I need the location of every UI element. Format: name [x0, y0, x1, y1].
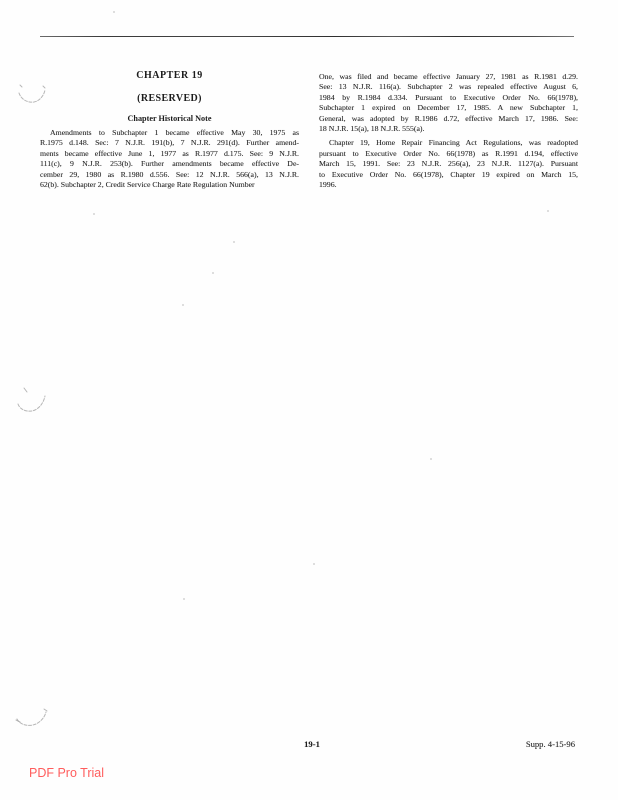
chapter-heading: CHAPTER 19 — [40, 70, 299, 81]
text-line: 62(b). Subchapter 2, Credit Service Char… — [40, 180, 299, 190]
reserved-heading: (RESERVED) — [40, 93, 299, 104]
text-line: 1984 by R.1984 d.334. Pursuant to Execut… — [319, 93, 578, 103]
text-line: pursuant to Executive Order No. 66(1978)… — [319, 149, 578, 159]
text-line: See: 13 N.J.R. 116(a). Subchapter 2 was … — [319, 82, 578, 92]
scanned-document-page: CHAPTER 19 (RESERVED) Chapter Historical… — [0, 0, 618, 800]
scan-speck — [93, 213, 95, 215]
text-line: to Executive Order No. 66(1978), Chapter… — [319, 170, 578, 180]
text-line: Amendments to Subchapter 1 became effect… — [40, 128, 299, 138]
scan-speck — [212, 272, 214, 274]
text-line: 1996. — [319, 180, 578, 190]
text-line: March 15, 1991. See: 23 N.J.R. 256(a), 2… — [319, 159, 578, 169]
scan-speck — [182, 304, 184, 306]
text-line: cember 29, 1980 as R.1980 d.556. See: 12… — [40, 170, 299, 180]
text-line: One, was filed and became effective Janu… — [319, 72, 578, 82]
scan-speck — [233, 241, 235, 243]
text-line: Subchapter 1 expired on December 17, 198… — [319, 103, 578, 113]
scan-speck — [183, 598, 185, 600]
historical-note-heading: Chapter Historical Note — [40, 114, 299, 124]
text-line: Chapter 19, Home Repair Financing Act Re… — [319, 138, 578, 148]
text-line: ments became effective June 1, 1977 as R… — [40, 149, 299, 159]
scan-speck — [430, 458, 432, 460]
scan-speck — [547, 210, 549, 212]
left-column: CHAPTER 19 (RESERVED) Chapter Historical… — [40, 70, 299, 190]
pdf-pro-trial-watermark: PDF Pro Trial — [29, 766, 104, 780]
scan-speck — [313, 563, 315, 565]
document-columns: CHAPTER 19 (RESERVED) Chapter Historical… — [40, 70, 578, 190]
right-column: One, was filed and became effective Janu… — [319, 70, 578, 190]
historical-note-paragraph: Amendments to Subchapter 1 became effect… — [40, 128, 299, 190]
text-line: R.1975 d.148. Sec: 7 N.J.R. 191(b), 7 N.… — [40, 138, 299, 148]
text-line: General, was adopted by R.1986 d.72, eff… — [319, 114, 578, 124]
text-line: 18 N.J.R. 15(a), 18 N.J.R. 555(a). — [319, 124, 578, 134]
text-line: 111(c), 9 N.J.R. 253(b). Further amendme… — [40, 159, 299, 169]
page-number: 19-1 — [304, 739, 320, 749]
historical-note-paragraph-continued: One, was filed and became effective Janu… — [319, 72, 578, 134]
handwritten-pencil-mark — [15, 707, 49, 729]
page-top-rule — [40, 36, 574, 37]
supplement-date: Supp. 4-15-96 — [526, 739, 575, 749]
scan-speck — [113, 11, 115, 13]
readoption-paragraph: Chapter 19, Home Repair Financing Act Re… — [319, 138, 578, 190]
handwritten-pencil-mark — [16, 386, 48, 414]
